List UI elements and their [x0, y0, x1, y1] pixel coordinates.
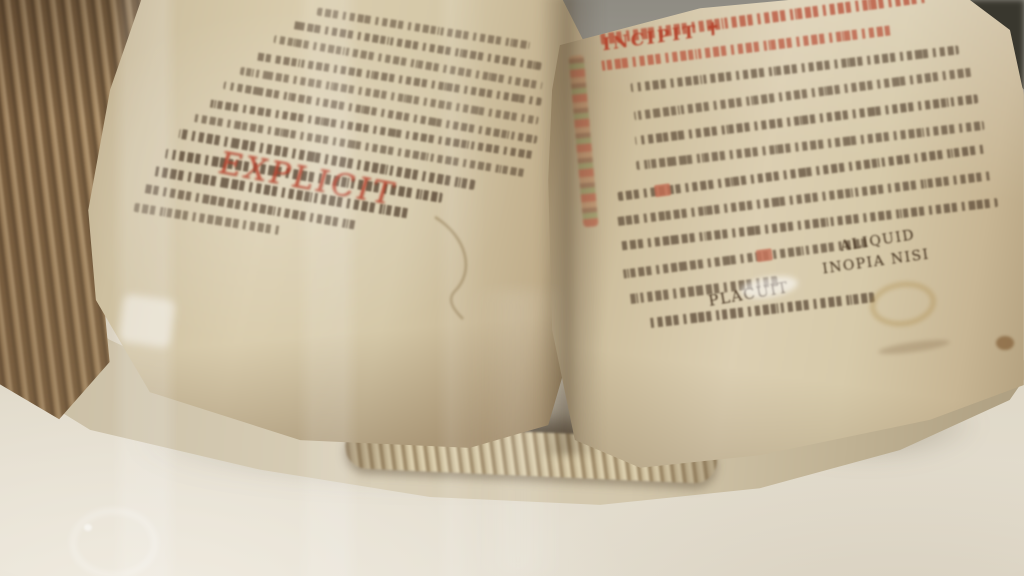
- glass-glare-spot: [118, 294, 176, 349]
- museum-manuscript-photo: EXPLICIT INCIPIT ✝ ALIQUID PLACUIT INOPI…: [0, 0, 1024, 576]
- surface-speck: [84, 524, 92, 531]
- surface-ring-mark: [70, 508, 158, 576]
- glass-reflection-soft: [468, 290, 568, 576]
